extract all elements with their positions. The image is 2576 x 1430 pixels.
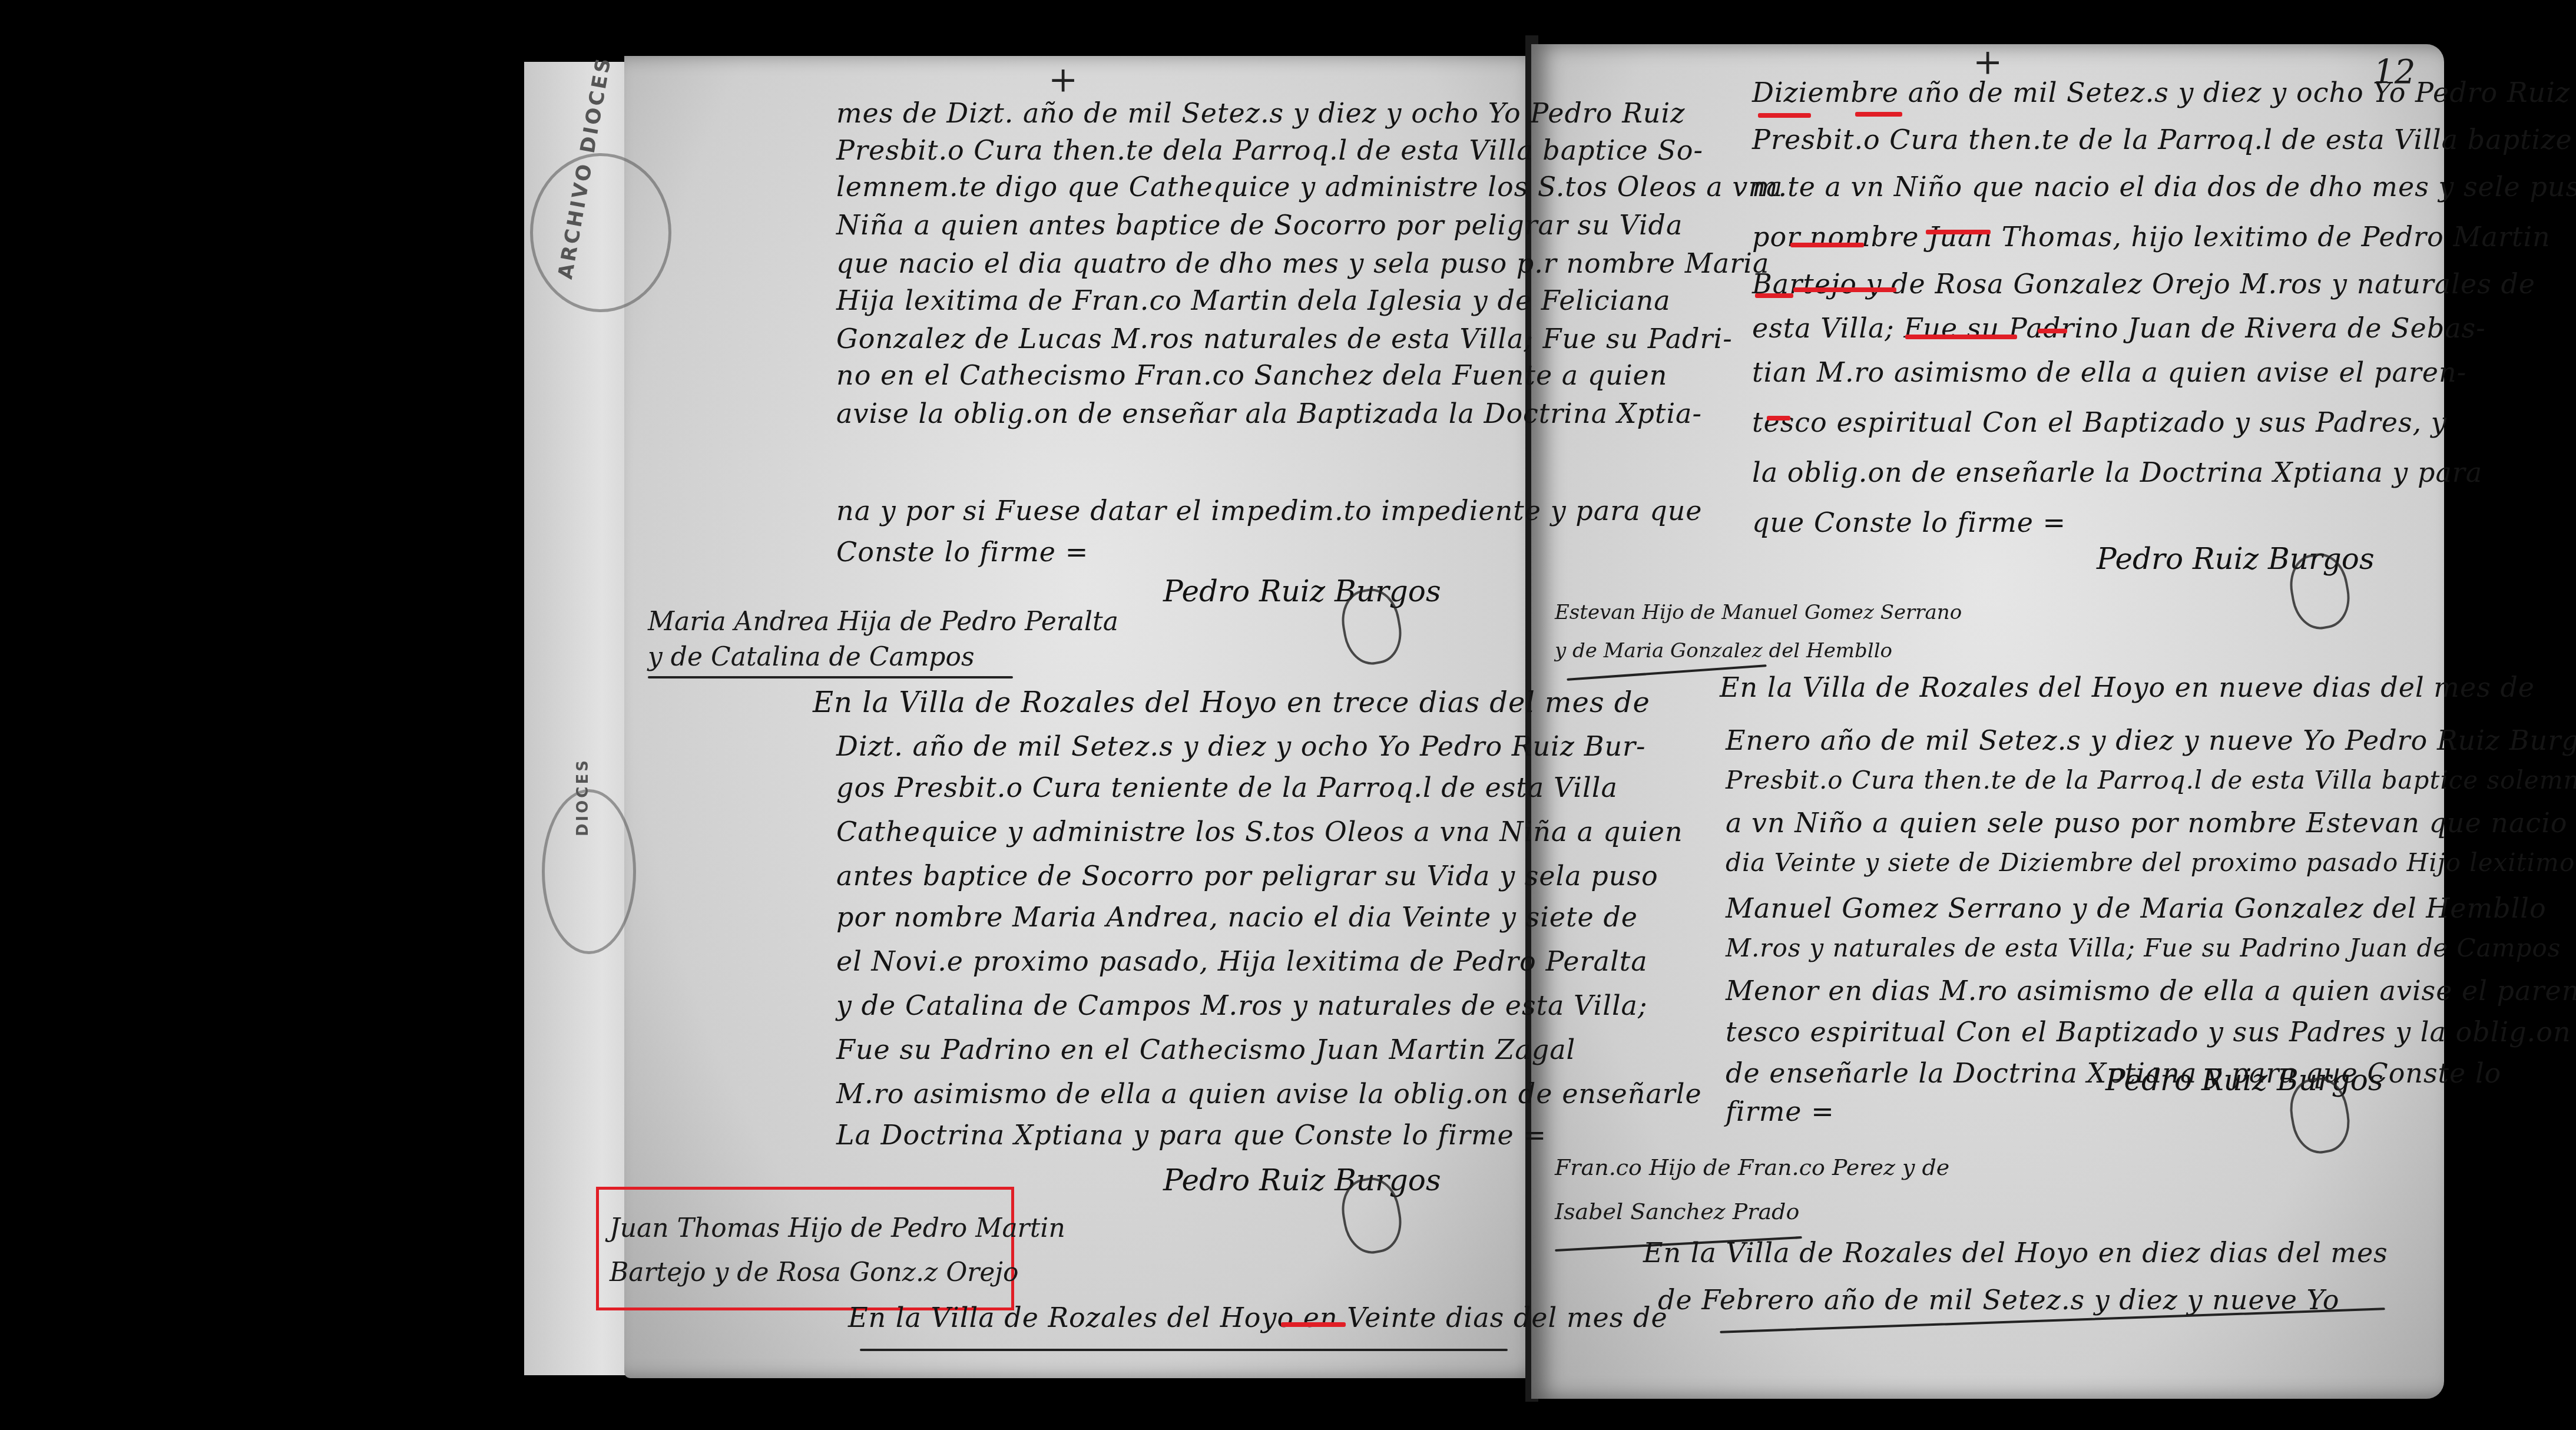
text-line: Presbit.o Cura then.te dela Parroq.l de … <box>836 134 1703 166</box>
text-line: Gonzalez de Lucas M.ros naturales de est… <box>836 323 1733 355</box>
text-line: gos Presbit.o Cura teniente de la Parroq… <box>836 772 1618 803</box>
signature: Pedro Ruiz Burgos <box>1163 1163 1441 1197</box>
red-underline-sebas <box>2038 329 2067 333</box>
text-line: la oblig.on de enseñarle la Doctrina Xpt… <box>1752 456 2482 488</box>
text-line: Presbit.o Cura then.te de la Parroq.l de… <box>1752 124 2576 155</box>
margin-note-line: Isabel Sanchez Prado <box>1555 1199 1799 1224</box>
text-line: por nombre Maria Andrea, nacio el dia Ve… <box>836 901 1638 933</box>
red-underline-rosa-gonzalez-orejo <box>1793 287 1896 292</box>
closing-rule <box>860 1349 1508 1351</box>
text-line: por nombre Juan Thomas, hijo lexitimo de… <box>1752 221 2551 253</box>
text-line: que nacio el dia quatro de dho mes y sel… <box>836 247 1769 279</box>
text-line: Bartejo y de Rosa Gonzalez Orejo M.ros y… <box>1752 268 2535 300</box>
left-header-cross: + <box>1048 59 1078 100</box>
archive-stamp-upper <box>530 153 671 312</box>
text-line: Hija lexitima de Fran.co Martin dela Igl… <box>836 284 1671 316</box>
red-underline-diziembre <box>1758 113 1811 118</box>
margin-note-line: Fran.co Hijo de Fran.co Perez y de <box>1555 1154 1949 1180</box>
signature: Pedro Ruiz Burgos <box>1163 574 1441 608</box>
text-line: M.ros y naturales de esta Villa; Fue su … <box>1726 934 2561 962</box>
text-line: antes baptice de Socorro por peligrar su… <box>836 860 1658 892</box>
margin-note-line: y de Maria Gonzalez del Hembllo <box>1555 639 1892 663</box>
text-line: dia Veinte y siete de Diziembre del prox… <box>1726 848 2576 877</box>
text-line: que Conste lo firme = <box>1752 507 2066 538</box>
text-line: tesco espiritual Con el Baptizado y sus … <box>1726 1016 2571 1048</box>
red-underline-veinte <box>1281 1322 1346 1327</box>
text-line: na y por si Fuese datar el impedim.to im… <box>836 495 1703 527</box>
text-line: Enero año de mil Setez.s y diez y nueve … <box>1726 724 2576 756</box>
red-underline-diez-y-ocho <box>1855 112 1902 117</box>
text-line: lemnem.te digo que Cathequice y administ… <box>836 171 1783 203</box>
text-line: de Febrero año de mil Setez.s y diez y n… <box>1658 1284 2340 1316</box>
red-underline-pedro-martin <box>1926 230 1991 234</box>
archive-stamp-lower-text: DIOCES <box>574 758 592 836</box>
red-underline-bartejo <box>1755 293 1793 298</box>
text-line: Dizt. año de mil Setez.s y diez y ocho Y… <box>836 730 1646 762</box>
text-line: En la Villa de Rozales del Hoyo en trece… <box>813 686 1650 719</box>
text-line: Cathequice y administre los S.tos Oleos … <box>836 816 1683 848</box>
text-line: Menor en dias M.ro asimismo de ella a qu… <box>1726 975 2576 1007</box>
text-line: tesco espiritual Con el Baptizado y sus … <box>1752 406 2447 438</box>
text-line: Manuel Gomez Serrano y de Maria Gonzalez… <box>1726 892 2547 924</box>
text-line: firme = <box>1726 1095 1835 1127</box>
text-line: esta Villa; Fue su Padrino Juan de River… <box>1752 312 2486 344</box>
text-line: En la Villa de Rozales del Hoyo en nueve… <box>1720 671 2535 703</box>
text-line: tian M.ro asimismo de ella a quien avise… <box>1752 356 2466 388</box>
red-underline-juan-thomas <box>1790 243 1864 247</box>
text-line: no en el Cathecismo Fran.co Sanchez dela… <box>836 359 1667 391</box>
margin-note-rule <box>648 676 1013 678</box>
text-line: mes de Dizt. año de mil Setez.s y diez y… <box>836 97 1685 129</box>
text-line: Niña a quien antes baptice de Socorro po… <box>836 209 1683 241</box>
red-underline-juan-de-rivera <box>1905 335 2017 339</box>
text-line: a vn Niño a quien sele puso por nombre E… <box>1726 807 2576 839</box>
text-line: el Novi.e proximo pasado, Hija lexitima … <box>836 945 1648 977</box>
text-line: y de Catalina de Campos M.ros y naturale… <box>836 989 1648 1021</box>
text-line: En la Villa de Rozales del Hoyo en diez … <box>1643 1237 2388 1269</box>
text-line: Fue su Padrino en el Cathecismo Juan Mar… <box>836 1034 1575 1065</box>
margin-note-line: Juan Thomas Hijo de Pedro Martin <box>610 1213 1065 1243</box>
red-highlight-box <box>596 1187 1014 1310</box>
margin-note-line: y de Catalina de Campos <box>648 642 975 672</box>
margin-note-line: Estevan Hijo de Manuel Gomez Serrano <box>1555 601 1962 624</box>
red-underline-tian <box>1767 416 1790 421</box>
text-line: La Doctrina Xptiana y para que Conste lo… <box>836 1119 1547 1151</box>
text-line: Diziembre año de mil Setez.s y diez y oc… <box>1752 77 2576 108</box>
text-line: m.te a vn Niño que nacio el dia dos de d… <box>1752 171 2576 203</box>
text-line: Conste lo firme = <box>836 536 1088 568</box>
text-line: Presbit.o Cura then.te de la Parroq.l de… <box>1726 766 2576 795</box>
margin-note-line: Bartejo y de Rosa Gonz.z Orejo <box>610 1257 1018 1287</box>
text-line: En la Villa de Rozales del Hoyo en Veint… <box>848 1302 1668 1333</box>
text-line: avise la oblig.on de enseñar ala Baptiza… <box>836 398 1702 429</box>
text-line: M.ro asimismo de ella a quien avise la o… <box>836 1078 1702 1110</box>
margin-note-line: Maria Andrea Hija de Pedro Peralta <box>648 607 1118 637</box>
